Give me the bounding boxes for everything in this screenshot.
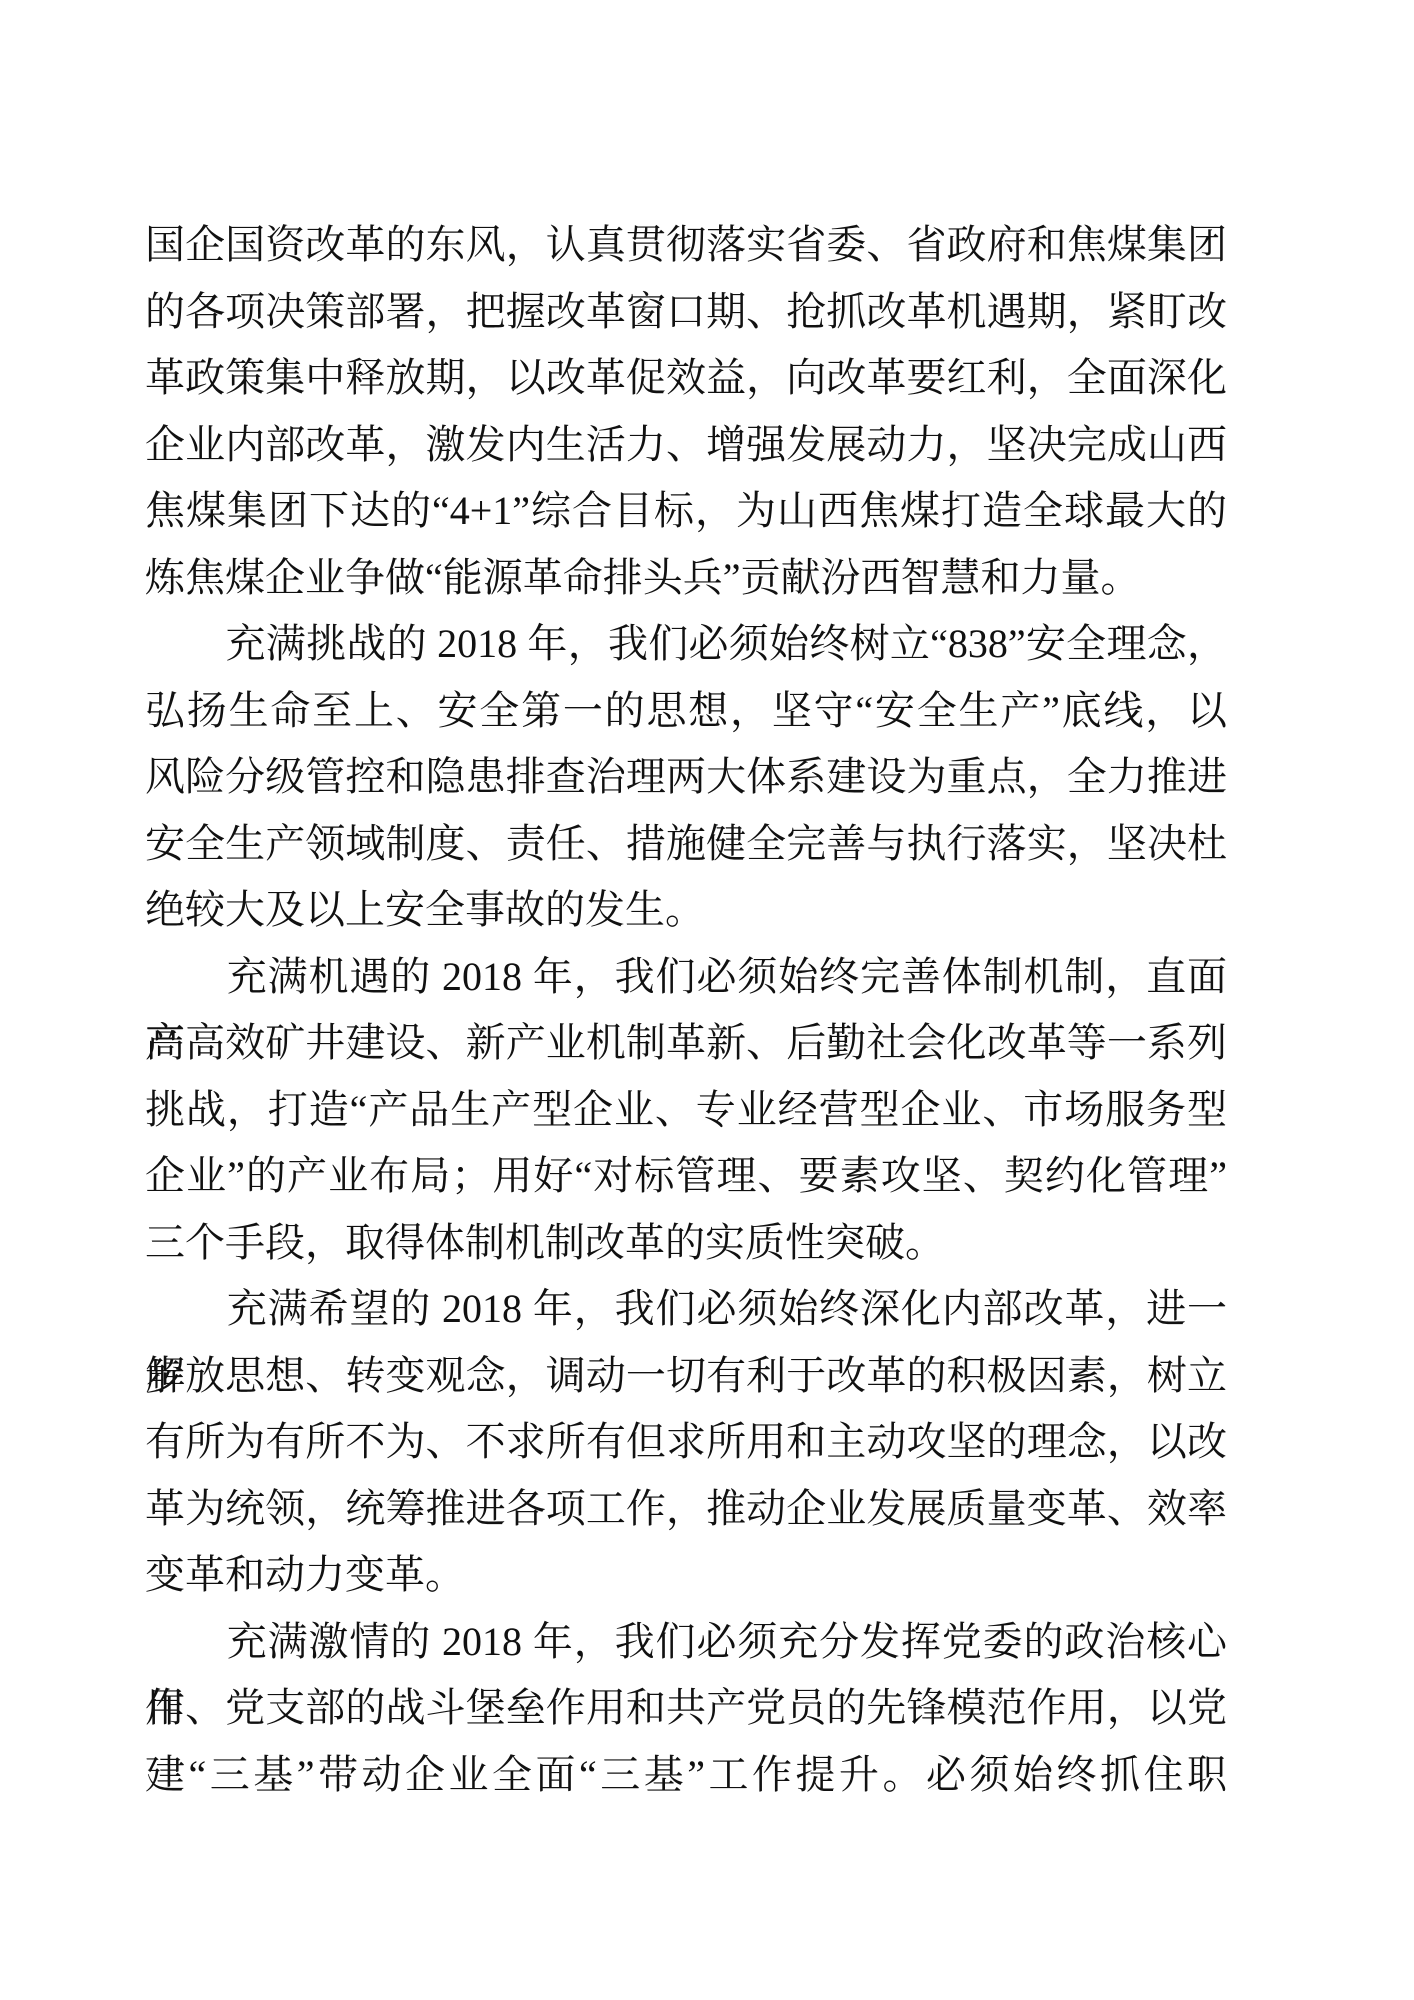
text-line: 风险分级管控和隐患排查治理两大体系建设为重点，全力推进 [145, 744, 1227, 811]
text-line: 充满挑战的 2018 年，我们必须始终树立“838”安全理念， [145, 611, 1227, 678]
text-line: 充满希望的 2018 年，我们必须始终深化内部改革，进一步 [145, 1276, 1227, 1343]
text-line: 解放思想、转变观念，调动一切有利于改革的积极因素，树立 [145, 1343, 1227, 1410]
text-line: 企业内部改革，激发内生活力、增强发展动力，坚决完成山西 [145, 412, 1227, 479]
text-line: 产高效矿井建设、新产业机制革新、后勤社会化改革等一系列 [145, 1010, 1227, 1077]
text-line: 弘扬生命至上、安全第一的思想，坚守“安全生产”底线，以 [145, 678, 1227, 745]
text-line: 安全生产领域制度、责任、措施健全完善与执行落实，坚决杜 [145, 811, 1227, 878]
text-line: 的各项决策部署，把握改革窗口期、抢抓改革机遇期，紧盯改 [145, 279, 1227, 346]
text-line: 炼焦煤企业争做“能源革命排头兵”贡献汾西智慧和力量。 [145, 545, 1227, 612]
text-line: 变革和动力变革。 [145, 1542, 1227, 1609]
text-line: 革政策集中释放期，以改革促效益，向改革要红利，全面深化 [145, 345, 1227, 412]
text-line: 国企国资改革的东风，认真贯彻落实省委、省政府和焦煤集团 [145, 212, 1227, 279]
text-line: 三个手段，取得体制机制改革的实质性突破。 [145, 1210, 1227, 1277]
text-line: 企业”的产业布局；用好“对标管理、要素攻坚、契约化管理” [145, 1143, 1227, 1210]
text-line: 绝较大及以上安全事故的发生。 [145, 877, 1227, 944]
text-line: 焦煤集团下达的“4+1”综合目标，为山西焦煤打造全球最大的 [145, 478, 1227, 545]
text-line: 充满机遇的 2018 年，我们必须始终完善体制机制，直面高 [145, 944, 1227, 1011]
text-line: 建“三基”带动企业全面“三基”工作提升。必须始终抓住职 [145, 1742, 1227, 1809]
document-body-text: 国企国资改革的东风，认真贯彻落实省委、省政府和焦煤集团 的各项决策部署，把握改革… [145, 212, 1227, 1808]
document-page: 国企国资改革的东风，认真贯彻落实省委、省政府和焦煤集团 的各项决策部署，把握改革… [0, 0, 1414, 2000]
text-line: 有所为有所不为、不求所有但求所用和主动攻坚的理念，以改 [145, 1409, 1227, 1476]
text-line: 充满激情的 2018 年，我们必须充分发挥党委的政治核心作 [145, 1609, 1227, 1676]
text-line: 挑战，打造“产品生产型企业、专业经营型企业、市场服务型 [145, 1077, 1227, 1144]
text-line: 革为统领，统筹推进各项工作，推动企业发展质量变革、效率 [145, 1476, 1227, 1543]
text-line: 用、党支部的战斗堡垒作用和共产党员的先锋模范作用，以党 [145, 1675, 1227, 1742]
